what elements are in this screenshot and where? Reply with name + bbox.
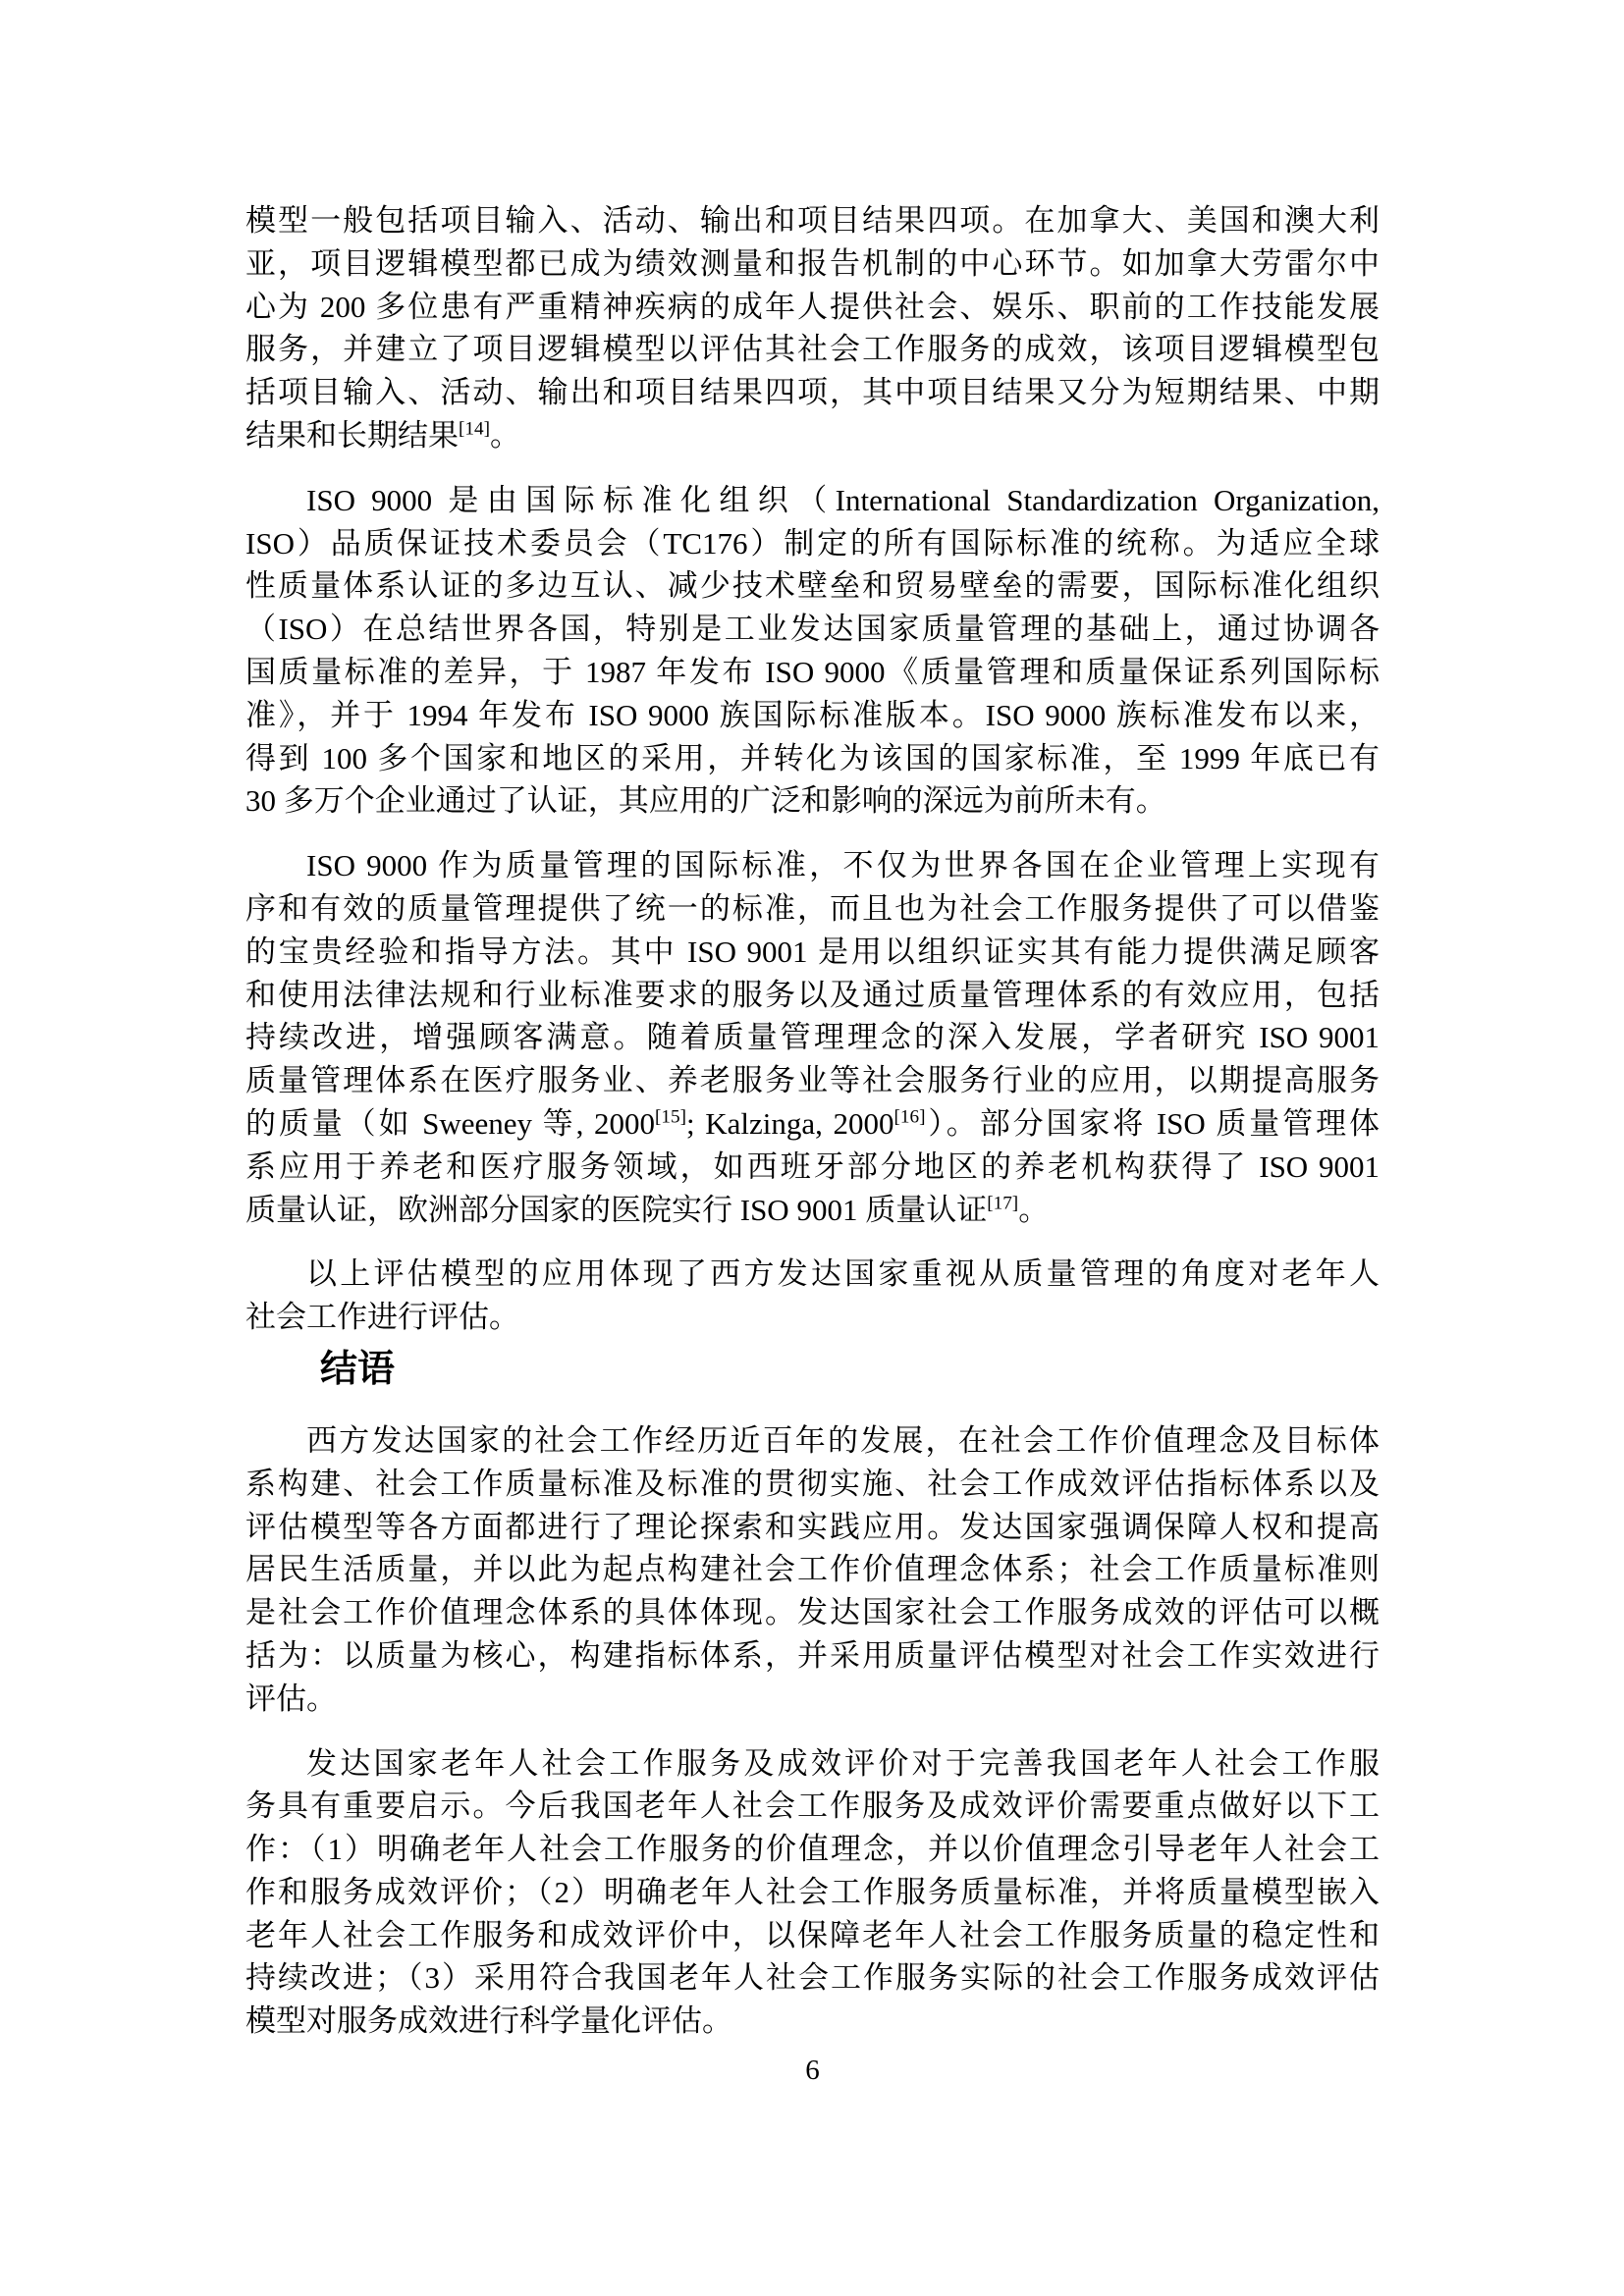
text-line: 作和服务成效评价；（2）明确老年人社会工作服务质量标准，并将质量模型嵌入: [245, 1871, 1380, 1914]
paragraph-conclusion-china: 发达国家老年人社会工作服务及成效评价对于完善我国老年人社会工作服务具有重要启示。…: [245, 1742, 1380, 2044]
text-line: 务具有重要启示。今后我国老年人社会工作服务及成效评价需要重点做好以下工: [245, 1785, 1380, 1828]
text-line: 的质量（如 Sweeney 等, 2000[15]; Kalzinga, 200…: [245, 1102, 1380, 1146]
text-line: 是社会工作价值理念体系的具体体现。发达国家社会工作服务成效的评估可以概: [245, 1591, 1380, 1634]
text-line: 系应用于养老和医疗服务领域，如西班牙部分地区的养老机构获得了 ISO 9001: [245, 1146, 1380, 1189]
text-line: 括为：以质量为核心，构建指标体系，并采用质量评估模型对社会工作实效进行: [245, 1634, 1380, 1678]
text-line: ISO）品质保证技术委员会（TC176）制定的所有国际标准的统称。为适应全球: [245, 522, 1380, 565]
paragraph-logic-model: 模型一般包括项目输入、活动、输出和项目结果四项。在加拿大、美国和澳大利亚，项目逻…: [245, 199, 1380, 457]
text-line: 服务，并建立了项目逻辑模型以评估其社会工作服务的成效，该项目逻辑模型包: [245, 328, 1380, 371]
page-content: 模型一般包括项目输入、活动、输出和项目结果四项。在加拿大、美国和澳大利亚，项目逻…: [245, 199, 1380, 2043]
text-line: 序和有效的质量管理提供了统一的标准，而且也为社会工作服务提供了可以借鉴: [245, 887, 1380, 931]
paragraph-iso9000-standard: ISO 9000 作为质量管理的国际标准，不仅为世界各国在企业管理上实现有序和有…: [245, 844, 1380, 1231]
text-line: 心为 200 多位患有严重精神疾病的成年人提供社会、娱乐、职前的工作技能发展: [245, 286, 1380, 329]
text-line: 30 多万个企业通过了认证，其应用的广泛和影响的深远为前所未有。: [245, 779, 1380, 823]
text-line: 括项目输入、活动、输出和项目结果四项，其中项目结果又分为短期结果、中期: [245, 371, 1380, 414]
text-line: 评估模型等各方面都进行了理论探索和实践应用。发达国家强调保障人权和提高: [245, 1506, 1380, 1549]
document-page: 模型一般包括项目输入、活动、输出和项目结果四项。在加拿大、美国和澳大利亚，项目逻…: [0, 0, 1624, 2296]
section-heading-conclusion: 结语: [245, 1345, 1380, 1394]
paragraph-iso9000-origin: ISO 9000 是由国际标准化组织（International Standar…: [245, 479, 1380, 823]
text-line: 评估。: [245, 1678, 1380, 1721]
text-line: ISO 9000 是由国际标准化组织（International Standar…: [245, 479, 1380, 522]
text-line: 持续改进；（3）采用符合我国老年人社会工作服务实际的社会工作服务成效评估: [245, 1956, 1380, 2000]
text-line: 作：（1）明确老年人社会工作服务的价值理念，并以价值理念引导老年人社会工: [245, 1828, 1380, 1871]
text-line: 的宝贵经验和指导方法。其中 ISO 9001 是用以组织证实其有能力提供满足顾客: [245, 931, 1380, 974]
text-line: 亚，项目逻辑模型都已成为绩效测量和报告机制的中心环节。如加拿大劳雷尔中: [245, 242, 1380, 286]
text-line: 模型一般包括项目输入、活动、输出和项目结果四项。在加拿大、美国和澳大利: [245, 199, 1380, 242]
text-line: 以上评估模型的应用体现了西方发达国家重视从质量管理的角度对老年人: [245, 1253, 1380, 1296]
text-line: ISO 9000 作为质量管理的国际标准，不仅为世界各国在企业管理上实现有: [245, 844, 1380, 887]
text-line: 国质量标准的差异，于 1987 年发布 ISO 9000《质量管理和质量保证系列…: [245, 651, 1380, 694]
text-line: （ISO）在总结世界各国，特别是工业发达国家质量管理的基础上，通过协调各: [245, 608, 1380, 651]
text-line: 得到 100 多个国家和地区的采用，并转化为该国的国家标准，至 1999 年底已…: [245, 737, 1380, 780]
text-line: 模型对服务成效进行科学量化评估。: [245, 2000, 1380, 2043]
paragraph-evaluation-summary: 以上评估模型的应用体现了西方发达国家重视从质量管理的角度对老年人社会工作进行评估…: [245, 1253, 1380, 1339]
page-footer: 6: [245, 2055, 1380, 2087]
text-line: 质量认证，欧洲部分国家的医院实行 ISO 9001 质量认证[17]。: [245, 1189, 1380, 1232]
text-line: 系构建、社会工作质量标准及标准的贯彻实施、社会工作成效评估指标体系以及: [245, 1463, 1380, 1506]
text-line: 准》，并于 1994 年发布 ISO 9000 族国际标准版本。ISO 9000…: [245, 694, 1380, 737]
text-line: 质量管理体系在医疗服务业、养老服务业等社会服务行业的应用，以期提高服务: [245, 1059, 1380, 1102]
text-line: 结果和长期结果[14]。: [245, 414, 1380, 457]
page-number: 6: [805, 2055, 820, 2086]
text-line: 西方发达国家的社会工作经历近百年的发展，在社会工作价值理念及目标体: [245, 1419, 1380, 1463]
text-line: 发达国家老年人社会工作服务及成效评价对于完善我国老年人社会工作服: [245, 1742, 1380, 1786]
paragraph-conclusion-western: 西方发达国家的社会工作经历近百年的发展，在社会工作价值理念及目标体系构建、社会工…: [245, 1419, 1380, 1721]
text-line: 性质量体系认证的多边互认、减少技术壁垒和贸易壁垒的需要，国际标准化组织: [245, 564, 1380, 608]
text-line: 社会工作进行评估。: [245, 1296, 1380, 1339]
text-line: 老年人社会工作服务和成效评价中，以保障老年人社会工作服务质量的稳定性和: [245, 1914, 1380, 1957]
text-line: 持续改进，增强顾客满意。随着质量管理理念的深入发展，学者研究 ISO 9001: [245, 1016, 1380, 1059]
text-line: 居民生活质量，并以此为起点构建社会工作价值理念体系；社会工作质量标准则: [245, 1548, 1380, 1591]
text-line: 和使用法律法规和行业标准要求的服务以及通过质量管理体系的有效应用，包括: [245, 974, 1380, 1017]
